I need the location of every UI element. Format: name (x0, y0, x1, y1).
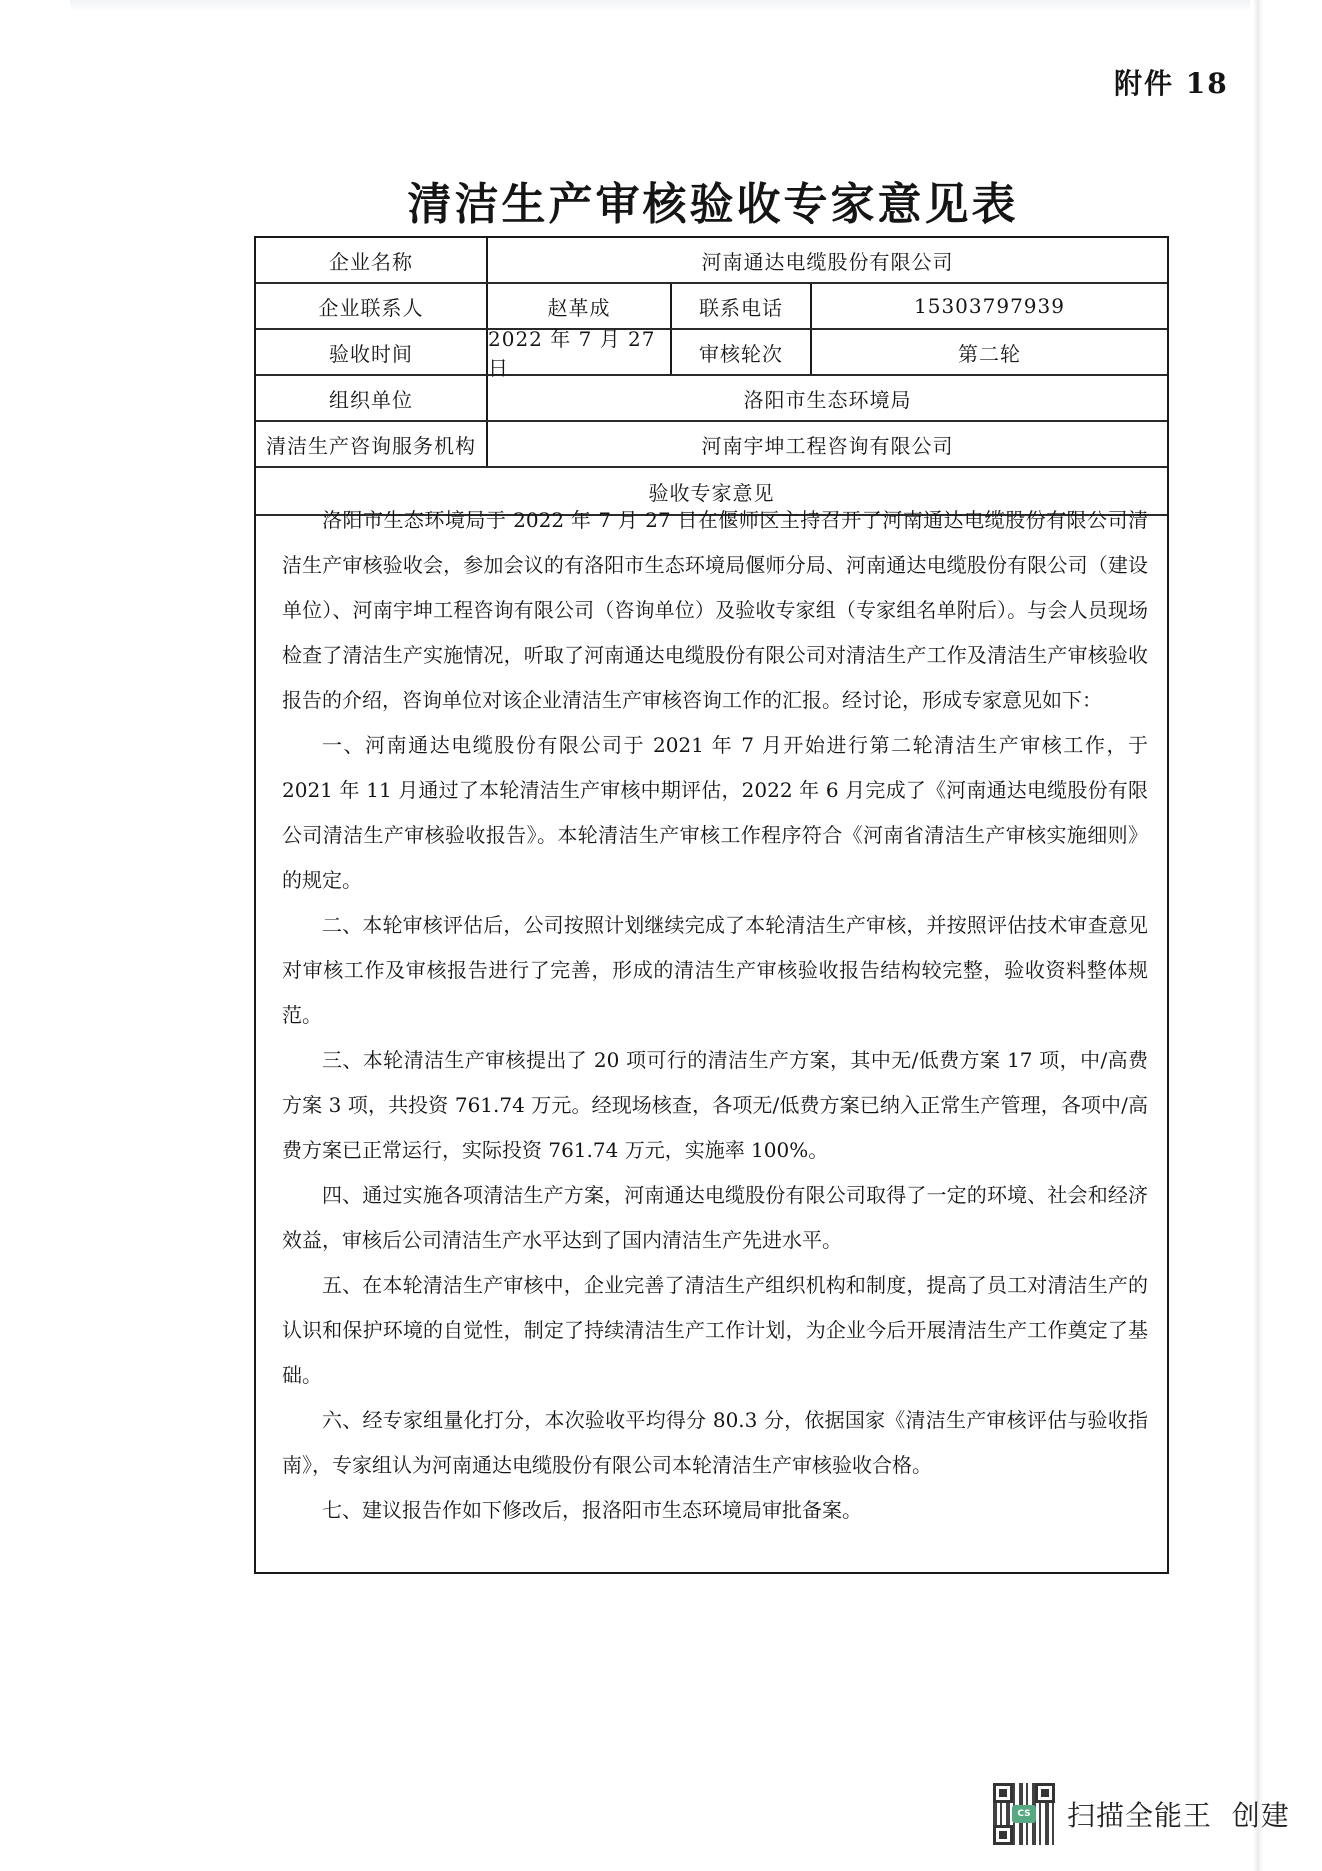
qr-finder-icon (993, 1783, 1013, 1803)
qr-finder-icon (993, 1825, 1013, 1845)
label-contact-phone: 联系电话 (670, 284, 810, 328)
value-contact-person: 赵革成 (486, 284, 670, 328)
label-company-name: 企业名称 (256, 238, 486, 282)
opinion-item-2: 二、本轮审核评估后，公司按照计划继续完成了本轮清洁生产审核，并按照评估技术审查意… (282, 903, 1148, 1038)
scanner-credit-text: 扫描全能王 创建 (1067, 1794, 1290, 1834)
row-organizer: 组织单位 洛阳市生态环境局 (256, 376, 1167, 422)
document-title: 清洁生产审核验收专家意见表 (254, 168, 1172, 232)
expert-opinion-body: 洛阳市生态环境局于 2022 年 7 月 27 日在偃师区主持召开了河南通达电缆… (282, 498, 1148, 1533)
scan-top-edge (70, 0, 1250, 12)
qr-code-icon: CS (993, 1783, 1055, 1845)
opinion-item-7: 七、建议报告作如下修改后，报洛阳市生态环境局审批备案。 (282, 1488, 1148, 1533)
label-organizer: 组织单位 (256, 376, 486, 420)
label-consultancy: 清洁生产咨询服务机构 (256, 422, 486, 466)
attachment-label: 附件 18 (1114, 62, 1229, 102)
scanner-watermark: CS 扫描全能王 创建 (993, 1782, 1290, 1846)
row-company-name: 企业名称 河南通达电缆股份有限公司 (256, 238, 1167, 284)
opinion-item-6: 六、经专家组量化打分，本次验收平均得分 80.3 分，依据国家《清洁生产审核评估… (282, 1398, 1148, 1488)
value-audit-round: 第二轮 (810, 330, 1167, 374)
label-contact-person: 企业联系人 (256, 284, 486, 328)
value-organizer: 洛阳市生态环境局 (486, 376, 1167, 420)
row-consultancy: 清洁生产咨询服务机构 河南宇坤工程咨询有限公司 (256, 422, 1167, 468)
label-audit-round: 审核轮次 (670, 330, 810, 374)
value-consultancy: 河南宇坤工程咨询有限公司 (486, 422, 1167, 466)
scan-page-edge (1253, 0, 1263, 1871)
row-acceptance: 验收时间 2022 年 7 月 27 日 审核轮次 第二轮 (256, 330, 1167, 376)
expert-opinion-form: 企业名称 河南通达电缆股份有限公司 企业联系人 赵革成 联系电话 1530379… (254, 236, 1169, 1574)
qr-finder-icon (1035, 1783, 1055, 1803)
opinion-item-5: 五、在本轮清洁生产审核中，企业完善了清洁生产组织机构和制度，提高了员工对清洁生产… (282, 1263, 1148, 1398)
opinion-item-1: 一、河南通达电缆股份有限公司于 2021 年 7 月开始进行第二轮清洁生产审核工… (282, 723, 1148, 903)
value-contact-phone: 15303797939 (810, 284, 1167, 328)
row-contact: 企业联系人 赵革成 联系电话 15303797939 (256, 284, 1167, 330)
opinion-intro-paragraph: 洛阳市生态环境局于 2022 年 7 月 27 日在偃师区主持召开了河南通达电缆… (282, 498, 1148, 723)
opinion-item-3: 三、本轮清洁生产审核提出了 20 项可行的清洁生产方案，其中无/低费方案 17 … (282, 1038, 1148, 1173)
value-acceptance-date: 2022 年 7 月 27 日 (486, 330, 670, 374)
opinion-item-4: 四、通过实施各项清洁生产方案，河南通达电缆股份有限公司取得了一定的环境、社会和经… (282, 1173, 1148, 1263)
camscanner-logo-icon: CS (1012, 1805, 1036, 1823)
value-company-name: 河南通达电缆股份有限公司 (486, 238, 1167, 282)
label-acceptance-date: 验收时间 (256, 330, 486, 374)
